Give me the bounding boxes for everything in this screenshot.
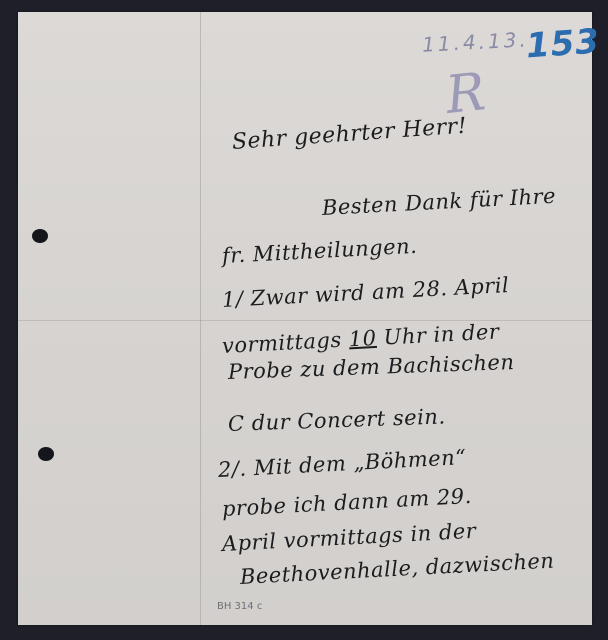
archive-shelfmark: BH 314 c [217,601,262,612]
punch-hole-lower [38,447,54,461]
horizontal-fold-line [18,320,592,321]
underlined-hour: 10 [348,326,377,351]
punch-hole-upper [32,229,48,243]
vertical-fold-line [200,12,201,625]
folio-number: 153 [525,21,602,66]
